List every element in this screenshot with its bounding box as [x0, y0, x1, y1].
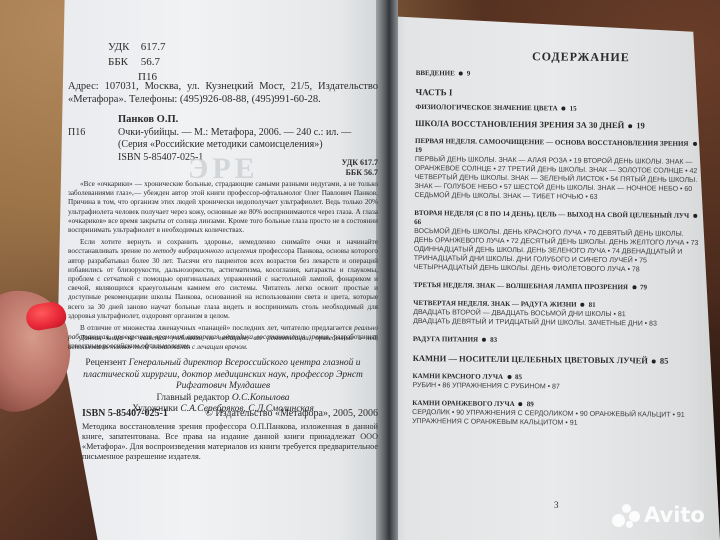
isbn-copyright-row: ISBN 5-85407-025-1 © Издательство «Метаф… — [82, 408, 378, 419]
copyright: © Издательство «Метафора», 2005, 2006 — [205, 408, 378, 419]
page-number: 3 — [554, 500, 559, 510]
catalog-text: Очки-убийцы. — М.: Метафора, 2006. — 240… — [118, 127, 378, 152]
bullet-icon — [632, 286, 636, 290]
avito-watermark: Avito — [612, 500, 716, 530]
bullet-icon — [693, 214, 697, 218]
toc-title: СОДЕРЖАНИЕ — [456, 48, 706, 66]
bullet-icon — [562, 107, 566, 111]
bullet-icon — [482, 338, 486, 342]
reviewer: Генеральный директор Всероссийского цент… — [83, 358, 363, 391]
avito-wordmark: Avito — [644, 503, 705, 527]
catalog-code: П16 — [68, 127, 118, 152]
bullet-icon — [628, 124, 632, 128]
rights-notice: Методика восстановления зрения профессор… — [82, 422, 378, 462]
book-abstract: «Все «очкарики» — хронические больные, с… — [68, 180, 378, 355]
publisher-address: Адрес: 107031, Москва, ул. Кузнецкий Мос… — [68, 80, 378, 106]
chief-editor: О.С.Копылова — [232, 393, 290, 403]
avito-logo-icon — [612, 502, 640, 528]
isbn: ISBN 5-85407-025-1 — [82, 408, 168, 419]
toc-week-1-days: ПЕРВЫЙ ДЕНЬ ШКОЛЫ. ЗНАК — АЛАЯ РОЗА • 19… — [414, 155, 704, 203]
table-of-contents: СОДЕРЖАНИЕ ВВЕДЕНИЕ9 ЧАСТЬ I ФИЗИОЛОГИЧЕ… — [412, 48, 706, 429]
author-name: Панков О.П. — [118, 114, 378, 127]
bullet-icon — [692, 142, 696, 146]
bullet-icon — [581, 303, 585, 307]
bullet-icon — [507, 375, 511, 379]
abstract-paragraph-2: Если хотите вернуть и сохранить здоровье… — [68, 238, 378, 321]
toc-orange-stones-sub: СЕРДОЛИК • 90 УПРАЖНЕНИЯ С СЕРДОЛИКОМ • … — [412, 408, 702, 429]
bold-classification: УДК 617.7 ББК 56.7 — [342, 158, 378, 178]
credits: Рецензент Генеральный директор Всероссий… — [68, 358, 378, 416]
book-gutter — [376, 0, 398, 540]
bullet-icon — [519, 402, 523, 406]
bullet-icon — [652, 360, 656, 364]
bullet-icon — [459, 72, 463, 76]
classification-block: УДК 617.7 ББК 56.7 П16 — [108, 40, 166, 85]
toc-week-2-days: ВОСЬМОЙ ДЕНЬ ШКОЛЫ. ДЕНЬ КРАСНОГО ЛУЧА •… — [414, 227, 704, 275]
abstract-paragraph-1: «Все «очкарики» — хронические больные, с… — [68, 180, 378, 235]
medical-disclaimer: Данная книга не является учебником по ме… — [68, 334, 378, 352]
